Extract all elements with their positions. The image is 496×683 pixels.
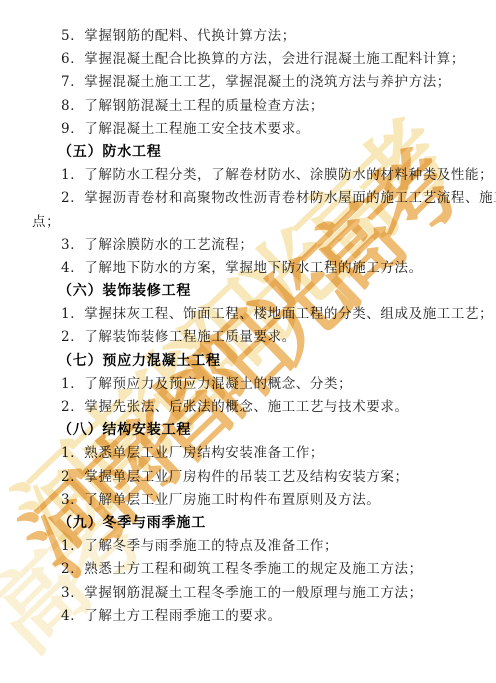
doc-line: 6．掌握混凝土配合比换算的方法，会进行混凝土施工配料计算； (32, 48, 468, 71)
doc-line: 1．熟悉单层工业厂房结构安装准备工作； (32, 442, 468, 465)
doc-line: 2．熟悉土方工程和砌筑工程冬季施工的规定及施工方法； (32, 558, 468, 581)
doc-line: 9．了解混凝土工程施工安全技术要求。 (32, 118, 468, 141)
doc-line: 3．了解涂膜防水的工艺流程； (32, 234, 468, 257)
doc-line: 2．了解装饰装修工程施工质量要求。 (32, 326, 468, 349)
document-body: 5．掌握钢筋的配料、代换计算方法；6．掌握混凝土配合比换算的方法，会进行混凝土施… (0, 0, 496, 628)
doc-line: 2．掌握单层工业厂房构件的吊装工艺及结构安装方案； (32, 466, 468, 489)
document-page: 5．掌握钢筋的配料、代换计算方法；6．掌握混凝土配合比换算的方法，会进行混凝土施… (0, 0, 496, 683)
doc-line: 7．掌握混凝土施工工艺，掌握混凝土的浇筑方法与养护方法； (32, 71, 468, 94)
doc-line: （六）装饰装修工程 (32, 280, 468, 303)
doc-line: 3．掌握钢筋混凝土工程冬季施工的一般原理与施工方法； (32, 582, 468, 605)
doc-line: 5．掌握钢筋的配料、代换计算方法； (32, 25, 468, 48)
doc-line: 2．掌握先张法、后张法的概念、施工工艺与技术要求。 (32, 396, 468, 419)
doc-line: 4．了解地下防水的方案，掌握地下防水工程的施工方法。 (32, 257, 468, 280)
doc-line: （七）预应力混凝土工程 (32, 350, 468, 373)
doc-line: 4．了解土方工程雨季施工的要求。 (32, 605, 468, 628)
doc-line: （五）防水工程 (32, 141, 468, 164)
doc-line: 3．了解单层工业厂房施工时构件布置原则及方法。 (32, 489, 468, 512)
doc-line: 8．了解钢筋混凝土工程的质量检查方法； (32, 95, 468, 118)
doc-line: （八）结构安装工程 (32, 419, 468, 442)
doc-line: 1．掌握抹灰工程、饰面工程、楼地面工程的分类、组成及施工工艺； (32, 303, 468, 326)
doc-line: 1．了解冬季与雨季施工的特点及准备工作； (32, 535, 468, 558)
doc-line: 1．了解防水工程分类，了解卷材防水、涂膜防水的材料种类及性能； (32, 164, 468, 187)
doc-line: 2．掌握沥青卷材和高聚物改性沥青卷材防水屋面的施工工艺流程、施工方法及施工要 (32, 187, 468, 210)
doc-line: （九）冬季与雨季施工 (32, 512, 468, 535)
doc-line: 点； (32, 211, 468, 234)
doc-line: 1．了解预应力及预应力混凝土的概念、分类； (32, 373, 468, 396)
